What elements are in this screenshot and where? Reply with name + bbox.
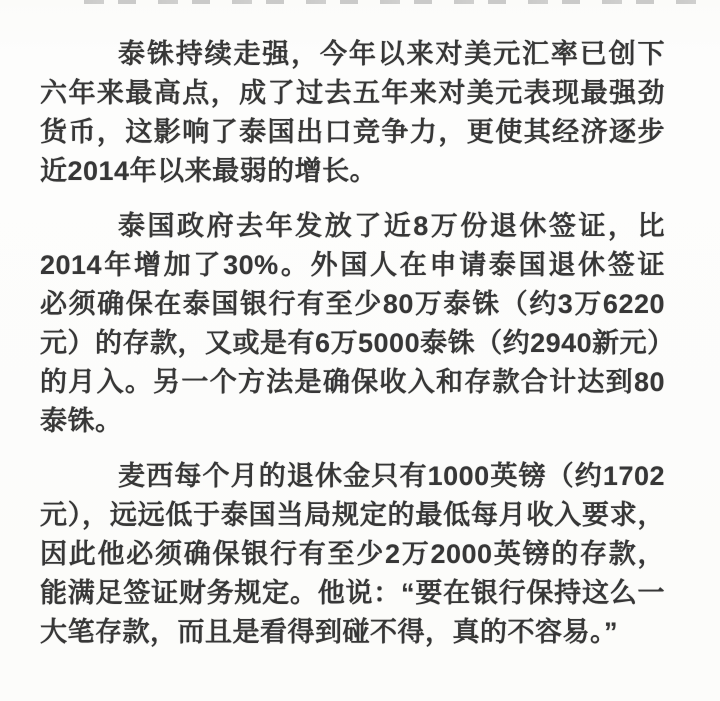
text-line: 泰铢。 bbox=[40, 402, 665, 441]
text-line: 的月入。另一个方法是确保收入和存款合计达到80万 bbox=[40, 363, 665, 402]
text-line: 货币，这影响了泰国出口竞争力，更使其经济逐步逼 bbox=[40, 113, 665, 152]
text-line: 泰国政府去年发放了近8万份退休签证，比 bbox=[40, 207, 665, 246]
text-line: 六年来最高点，成了过去五年来对美元表现最强劲的 bbox=[40, 74, 665, 113]
text-line: 必须确保在泰国银行有至少80万泰铢（约3万6220新 bbox=[40, 285, 665, 324]
article-page: 泰铢持续走强，今年以来对美元汇率已创下了 六年来最高点，成了过去五年来对美元表现… bbox=[0, 0, 720, 701]
paragraph-visa-requirements: 泰国政府去年发放了近8万份退休签证，比 2014年增加了30%。外国人在申请泰国… bbox=[40, 207, 665, 441]
text-line: 2014年增加了30%。外国人在申请泰国退休签证时， bbox=[40, 246, 665, 285]
text-line: 麦西每个月的退休金只有1000英镑（约1702新 bbox=[40, 457, 665, 496]
text-line: 近2014年以来最弱的增长。 bbox=[40, 152, 665, 191]
text-line: 能满足签证财务规定。他说：“要在银行保持这么一 bbox=[40, 574, 665, 613]
text-line: 泰铢持续走强，今年以来对美元汇率已创下了 bbox=[40, 35, 665, 74]
text-line: 元）的存款，又或是有6万5000泰铢（约2940新元） bbox=[40, 324, 665, 363]
article-body: 泰铢持续走强，今年以来对美元汇率已创下了 六年来最高点，成了过去五年来对美元表现… bbox=[40, 35, 665, 668]
text-line: 因此他必须确保银行有至少2万2000英镑的存款，才 bbox=[40, 535, 665, 574]
cropped-text-line-top bbox=[84, 0, 696, 4]
text-line: 元），远远低于泰国当局规定的最低每月收入要求， bbox=[40, 496, 665, 535]
paragraph-baht-strength: 泰铢持续走强，今年以来对美元汇率已创下了 六年来最高点，成了过去五年来对美元表现… bbox=[40, 35, 665, 191]
paragraph-pensioner-quote: 麦西每个月的退休金只有1000英镑（约1702新 元），远远低于泰国当局规定的最… bbox=[40, 457, 665, 652]
text-line: 大笔存款，而且是看得到碰不得，真的不容易。” bbox=[40, 613, 665, 652]
